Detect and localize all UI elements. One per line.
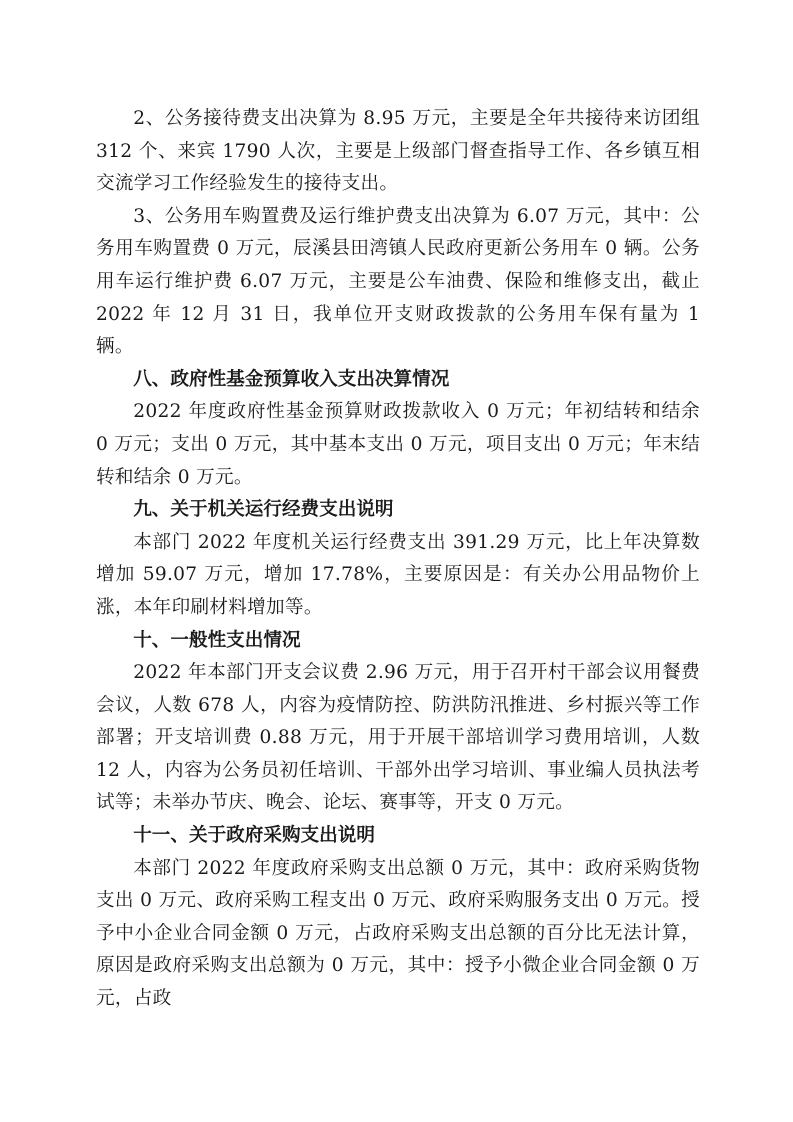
section-heading-government-fund: 八、政府性基金预算收入支出决算情况 bbox=[96, 364, 700, 397]
paragraph-operating-expenses: 本部门 2022 年度机关运行经费支出 391.29 万元，比上年决算数增加 5… bbox=[96, 527, 700, 625]
paragraph-vehicle-expenses: 3、公务用车购置费及运行维护费支出决算为 6.07 万元，其中：公务用车购置费 … bbox=[96, 201, 700, 364]
paragraph-government-procurement: 本部门 2022 年度政府采购支出总额 0 万元，其中：政府采购货物支出 0 万… bbox=[96, 853, 700, 1016]
paragraph-government-fund: 2022 年度政府性基金预算财政拨款收入 0 万元；年初结转和结余 0 万元；支… bbox=[96, 396, 700, 494]
document-page: 2、公务接待费支出决算为 8.95 万元，主要是全年共接待来访团组 312 个、… bbox=[96, 103, 700, 1016]
paragraph-reception-expenses: 2、公务接待费支出决算为 8.95 万元，主要是全年共接待来访团组 312 个、… bbox=[96, 103, 700, 201]
paragraph-general-expenditure: 2022 年本部门开支会议费 2.96 万元，用于召开村干部会议用餐费会议，人数… bbox=[96, 657, 700, 820]
section-heading-government-procurement: 十一、关于政府采购支出说明 bbox=[96, 820, 700, 853]
section-heading-general-expenditure: 十、一般性支出情况 bbox=[96, 625, 700, 658]
section-heading-operating-expenses: 九、关于机关运行经费支出说明 bbox=[96, 494, 700, 527]
